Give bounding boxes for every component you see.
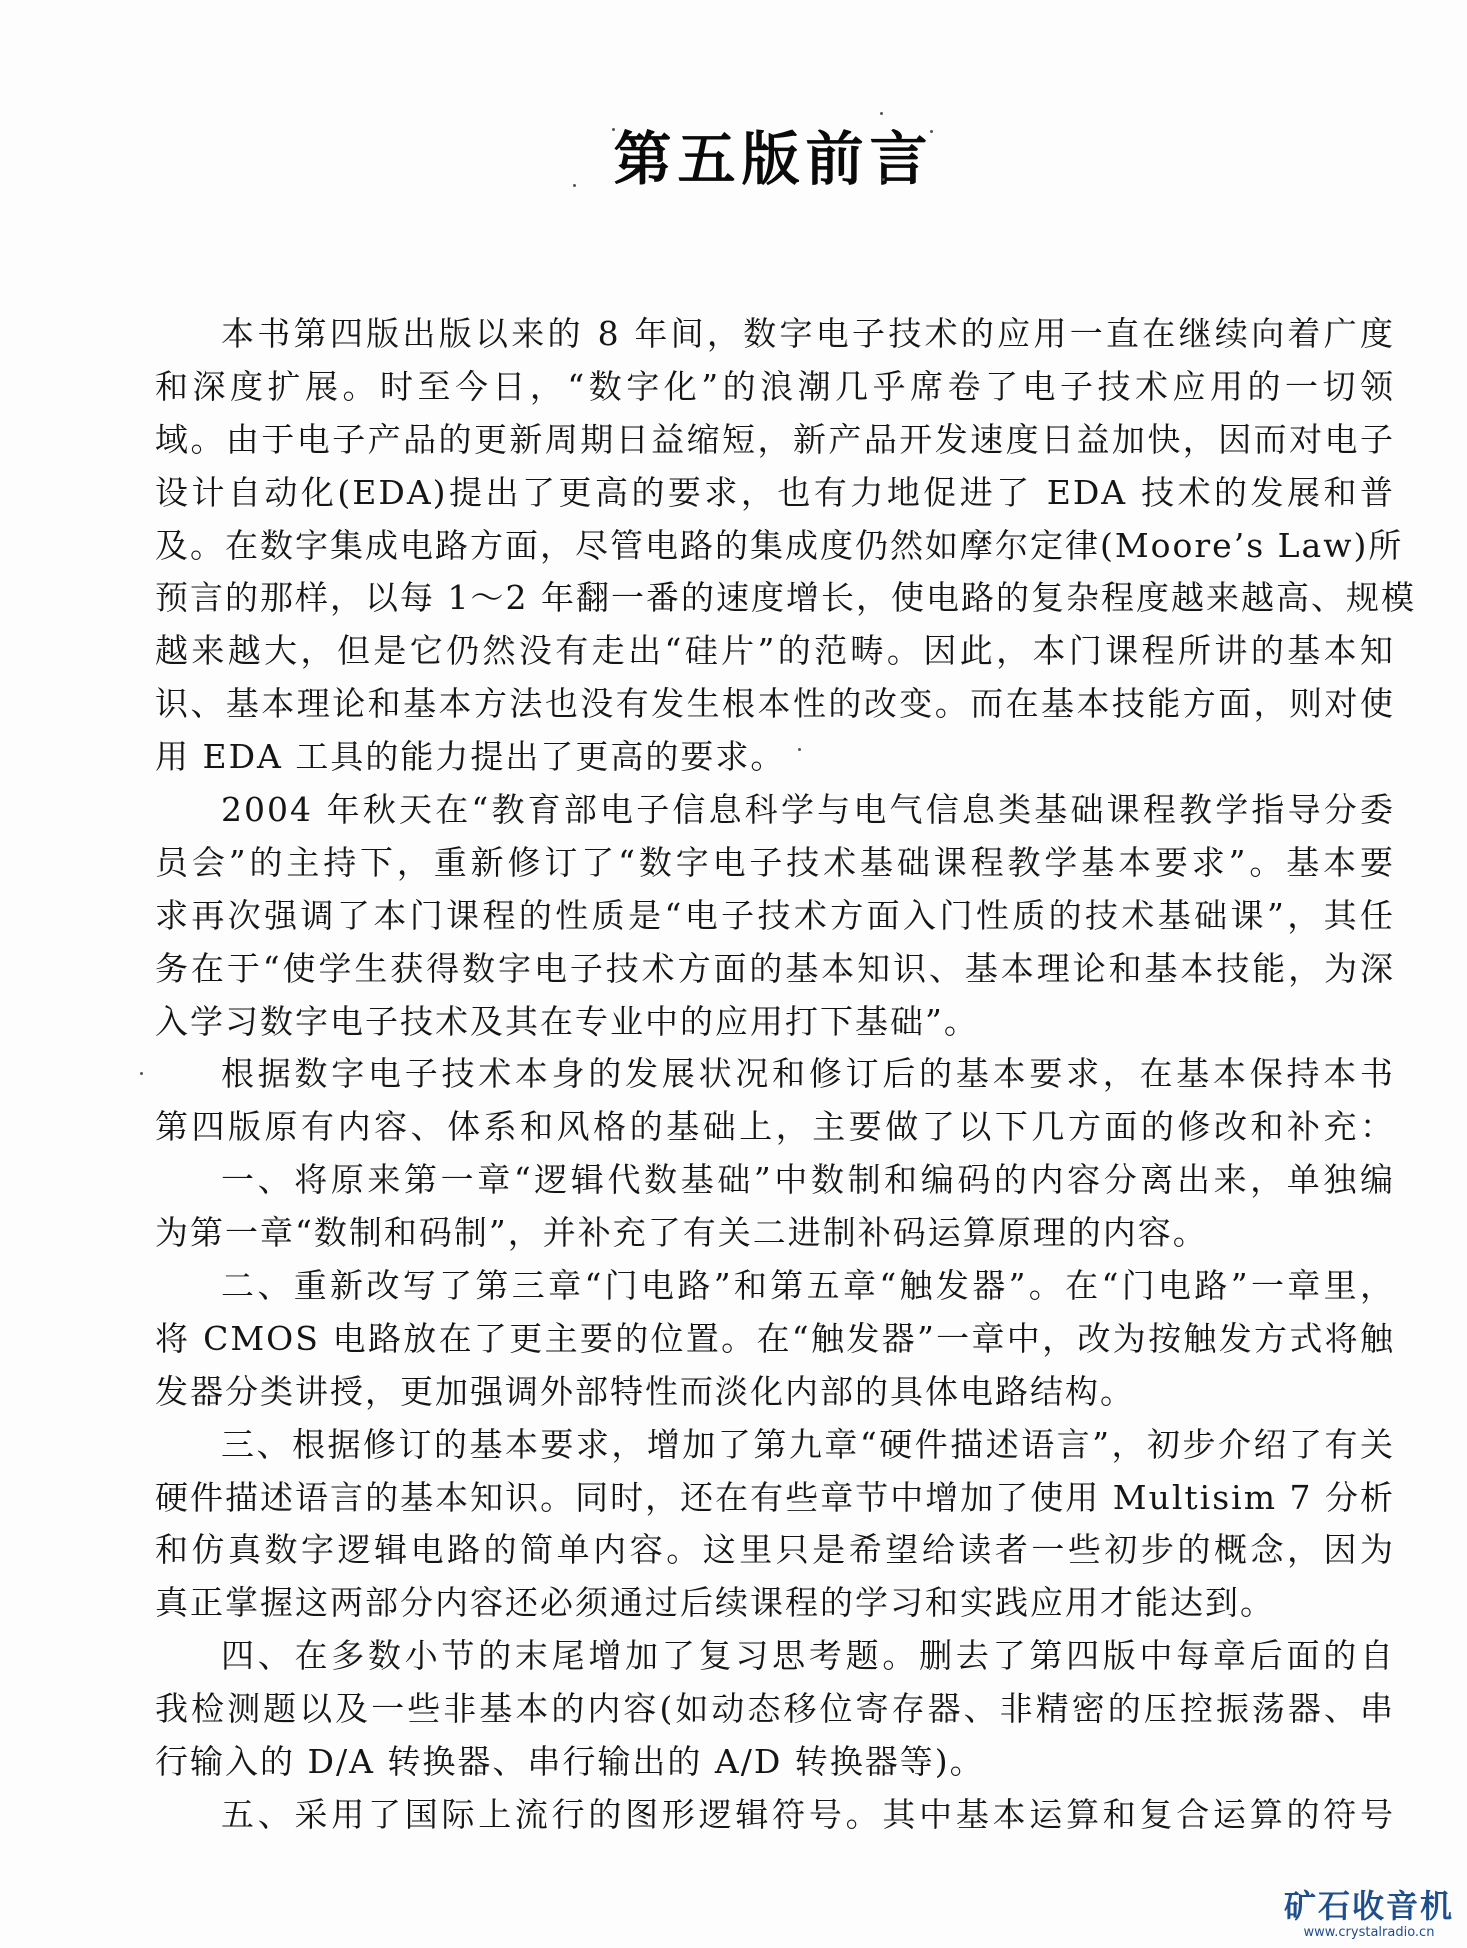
paragraph-3: 根据数字电子技术本身的发展状况和修订后的基本要求，在基本保持本书 第四版原有内容…: [155, 1048, 1395, 1154]
text-line: 求再次强调了本门课程的性质是“电子技术方面入门性质的技术基础课”，其任: [155, 890, 1395, 943]
scan-speck: [798, 748, 801, 751]
text-line: 四、在多数小节的末尾增加了复习思考题。删去了第四版中每章后面的自: [155, 1630, 1395, 1683]
text-line: 真正掌握这两部分内容还必须通过后续课程的学习和实践应用才能达到。: [155, 1577, 1395, 1630]
text-line: 越来越大，但是它仍然没有走出“硅片”的范畴。因此，本门课程所讲的基本知: [155, 625, 1395, 678]
paragraph-1: 本书第四版出版以来的 8 年间，数字电子技术的应用一直在继续向着广度 和深度扩展…: [155, 308, 1395, 784]
revision-item-2: 二、重新改写了第三章“门电路”和第五章“触发器”。在“门电路”一章里， 将 CM…: [155, 1260, 1395, 1419]
text-line: 2004 年秋天在“教育部电子信息科学与电气信息类基础课程教学指导分委: [155, 784, 1395, 837]
text-line: 根据数字电子技术本身的发展状况和修订后的基本要求，在基本保持本书: [155, 1048, 1395, 1101]
text-line: 本书第四版出版以来的 8 年间，数字电子技术的应用一直在继续向着广度: [155, 308, 1395, 361]
revision-item-5: 五、采用了国际上流行的图形逻辑符号。其中基本运算和复合运算的符号: [155, 1789, 1395, 1842]
text-line: 识、基本理论和基本方法也没有发生根本性的改变。而在基本技能方面，则对使: [155, 678, 1395, 731]
text-line: 及。在数字集成电路方面，尽管电路的集成度仍然如摩尔定律(Moore’s Law)…: [155, 520, 1395, 573]
text-line: 域。由于电子产品的更新周期日益缩短，新产品开发速度日益加快，因而对电子: [155, 414, 1395, 467]
text-line: 预言的那样，以每 1～2 年翻一番的速度增长，使电路的复杂程度越来越高、规模: [155, 572, 1395, 625]
scan-speck: [140, 1072, 143, 1075]
scan-speck: [880, 112, 883, 115]
text-line: 用 EDA 工具的能力提出了更高的要求。: [155, 731, 1395, 784]
text-line: 和深度扩展。时至今日，“数字化”的浪潮几乎席卷了电子技术应用的一切领: [155, 361, 1395, 414]
paragraph-2: 2004 年秋天在“教育部电子信息科学与电气信息类基础课程教学指导分委 员会”的…: [155, 784, 1395, 1048]
scan-speck: [573, 184, 576, 187]
page-title: 第五版前言: [0, 112, 1467, 196]
text-line: 三、根据修订的基本要求，增加了第九章“硬件描述语言”，初步介绍了有关: [155, 1419, 1395, 1472]
text-line: 第四版原有内容、体系和风格的基础上，主要做了以下几方面的修改和补充：: [155, 1101, 1395, 1154]
text-line: 设计自动化(EDA)提出了更高的要求，也有力地促进了 EDA 技术的发展和普: [155, 467, 1395, 520]
scan-speck: [930, 130, 933, 133]
revision-item-4: 四、在多数小节的末尾增加了复习思考题。删去了第四版中每章后面的自 我检测题以及一…: [155, 1630, 1395, 1789]
revision-item-3: 三、根据修订的基本要求，增加了第九章“硬件描述语言”，初步介绍了有关 硬件描述语…: [155, 1419, 1395, 1631]
watermark-logo: 矿石收音机 www.crystalradio.cn: [1279, 1888, 1459, 1942]
text-line: 和仿真数字逻辑电路的简单内容。这里只是希望给读者一些初步的概念，因为: [155, 1524, 1395, 1577]
text-line: 一、将原来第一章“逻辑代数基础”中数制和编码的内容分离出来，单独编: [155, 1154, 1395, 1207]
text-line: 入学习数字电子技术及其在专业中的应用打下基础”。: [155, 996, 1395, 1049]
text-line: 我检测题以及一些非基本的内容(如动态移位寄存器、非精密的压控振荡器、串: [155, 1683, 1395, 1736]
text-line: 硬件描述语言的基本知识。同时，还在有些章节中增加了使用 Multisim 7 分…: [155, 1472, 1395, 1525]
text-line: 五、采用了国际上流行的图形逻辑符号。其中基本运算和复合运算的符号: [155, 1789, 1395, 1842]
text-line: 行输入的 D/A 转换器、串行输出的 A/D 转换器等)。: [155, 1736, 1395, 1789]
document-page: 第五版前言 本书第四版出版以来的 8 年间，数字电子技术的应用一直在继续向着广度…: [0, 0, 1467, 1948]
watermark-title: 矿石收音机: [1279, 1888, 1459, 1924]
watermark-url: www.crystalradio.cn: [1279, 1924, 1459, 1942]
text-line: 为第一章“数制和码制”，并补充了有关二进制补码运算原理的内容。: [155, 1207, 1395, 1260]
preface-body: 本书第四版出版以来的 8 年间，数字电子技术的应用一直在继续向着广度 和深度扩展…: [155, 308, 1395, 1842]
scan-speck: [612, 128, 615, 131]
scan-speck: [882, 178, 885, 181]
text-line: 员会”的主持下，重新修订了“数字电子技术基础课程教学基本要求”。基本要: [155, 837, 1395, 890]
text-line: 发器分类讲授，更加强调外部特性而淡化内部的具体电路结构。: [155, 1366, 1395, 1419]
text-line: 将 CMOS 电路放在了更主要的位置。在“触发器”一章中，改为按触发方式将触: [155, 1313, 1395, 1366]
revision-item-1: 一、将原来第一章“逻辑代数基础”中数制和编码的内容分离出来，单独编 为第一章“数…: [155, 1154, 1395, 1260]
text-line: 二、重新改写了第三章“门电路”和第五章“触发器”。在“门电路”一章里，: [155, 1260, 1395, 1313]
text-line: 务在于“使学生获得数字电子技术方面的基本知识、基本理论和基本技能，为深: [155, 943, 1395, 996]
